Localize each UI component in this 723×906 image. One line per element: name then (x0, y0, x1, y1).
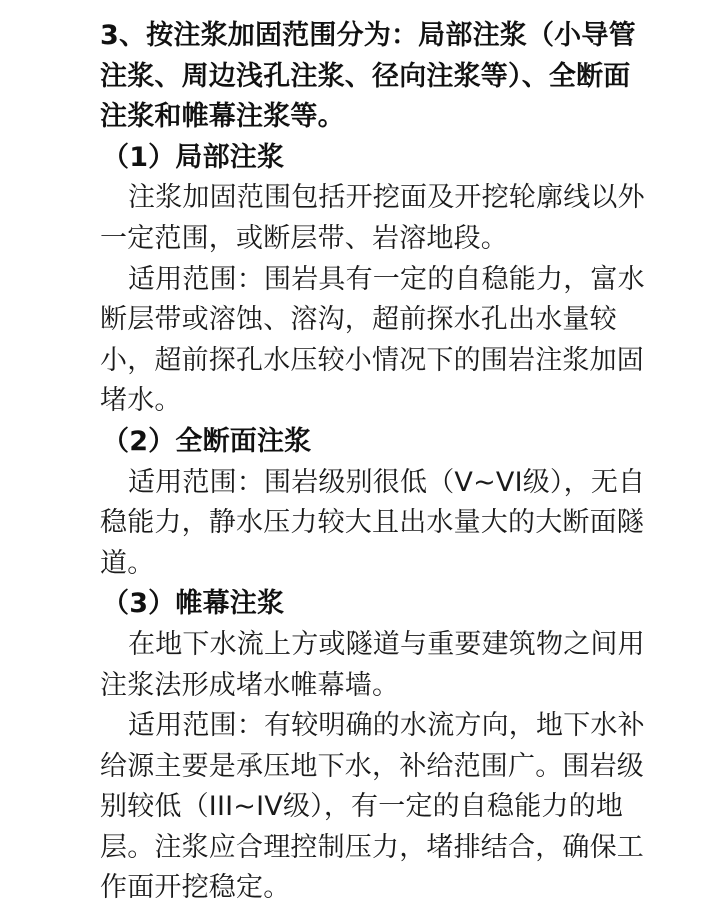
text-line: 小，超前探孔水压较小情况下的围岩注浆加固 (100, 341, 632, 382)
section-heading: （1）局部注浆 (100, 138, 632, 179)
intro-line: 注浆和帷幕注浆等。 (100, 97, 632, 138)
text-line: 稳能力，静水压力较大且出水量大的大断面隧 (100, 503, 632, 544)
intro-paragraph: 3、按注浆加固范围分为：局部注浆（小导管 注浆、周边浅孔注浆、径向注浆等）、全断… (100, 16, 632, 138)
text-line: 层。注浆应合理控制压力，堵排结合，确保工 (100, 828, 632, 869)
section-heading: （3）帷幕注浆 (100, 584, 632, 625)
section-local-grouting: （1）局部注浆 注浆加固范围包括开挖面及开挖轮廓线以外 一定范围，或断层带、岩溶… (100, 138, 632, 422)
text-line: 注浆加固范围包括开挖面及开挖轮廓线以外 (100, 178, 632, 219)
paragraph: 适用范围：围岩具有一定的自稳能力，富水 断层带或溶蚀、溶沟，超前探水孔出水量较 … (100, 260, 632, 422)
intro-line: 注浆、周边浅孔注浆、径向注浆等）、全断面 (100, 57, 632, 98)
text-line: 适用范围：围岩具有一定的自稳能力，富水 (100, 260, 632, 301)
text-line: 道。 (100, 544, 632, 585)
paragraph: 适用范围：围岩级别很低（V~VI级），无自 稳能力，静水压力较大且出水量大的大断… (100, 463, 632, 585)
document-body: 3、按注浆加固范围分为：局部注浆（小导管 注浆、周边浅孔注浆、径向注浆等）、全断… (100, 16, 632, 906)
section-curtain-grouting: （3）帷幕注浆 在地下水流上方或隧道与重要建筑物之间用 注浆法形成堵水帷幕墙。 … (100, 584, 632, 906)
text-line: 适用范围：围岩级别很低（V~VI级），无自 (100, 463, 632, 504)
text-line: 一定范围，或断层带、岩溶地段。 (100, 219, 632, 260)
text-line: 给源主要是承压地下水，补给范围广。围岩级 (100, 747, 632, 788)
intro-line: 3、按注浆加固范围分为：局部注浆（小导管 (100, 16, 632, 57)
text-line: 在地下水流上方或隧道与重要建筑物之间用 (100, 625, 632, 666)
text-line: 作面开挖稳定。 (100, 868, 632, 906)
text-line: 断层带或溶蚀、溶沟，超前探水孔出水量较 (100, 300, 632, 341)
paragraph: 注浆加固范围包括开挖面及开挖轮廓线以外 一定范围，或断层带、岩溶地段。 (100, 178, 632, 259)
text-line: 注浆法形成堵水帷幕墙。 (100, 666, 632, 707)
text-line: 适用范围：有较明确的水流方向，地下水补 (100, 706, 632, 747)
section-heading: （2）全断面注浆 (100, 422, 632, 463)
text-line: 别较低（III~IV级），有一定的自稳能力的地 (100, 787, 632, 828)
section-full-face-grouting: （2）全断面注浆 适用范围：围岩级别很低（V~VI级），无自 稳能力，静水压力较… (100, 422, 632, 584)
text-line: 堵水。 (100, 381, 632, 422)
paragraph: 适用范围：有较明确的水流方向，地下水补 给源主要是承压地下水，补给范围广。围岩级… (100, 706, 632, 906)
paragraph: 在地下水流上方或隧道与重要建筑物之间用 注浆法形成堵水帷幕墙。 (100, 625, 632, 706)
